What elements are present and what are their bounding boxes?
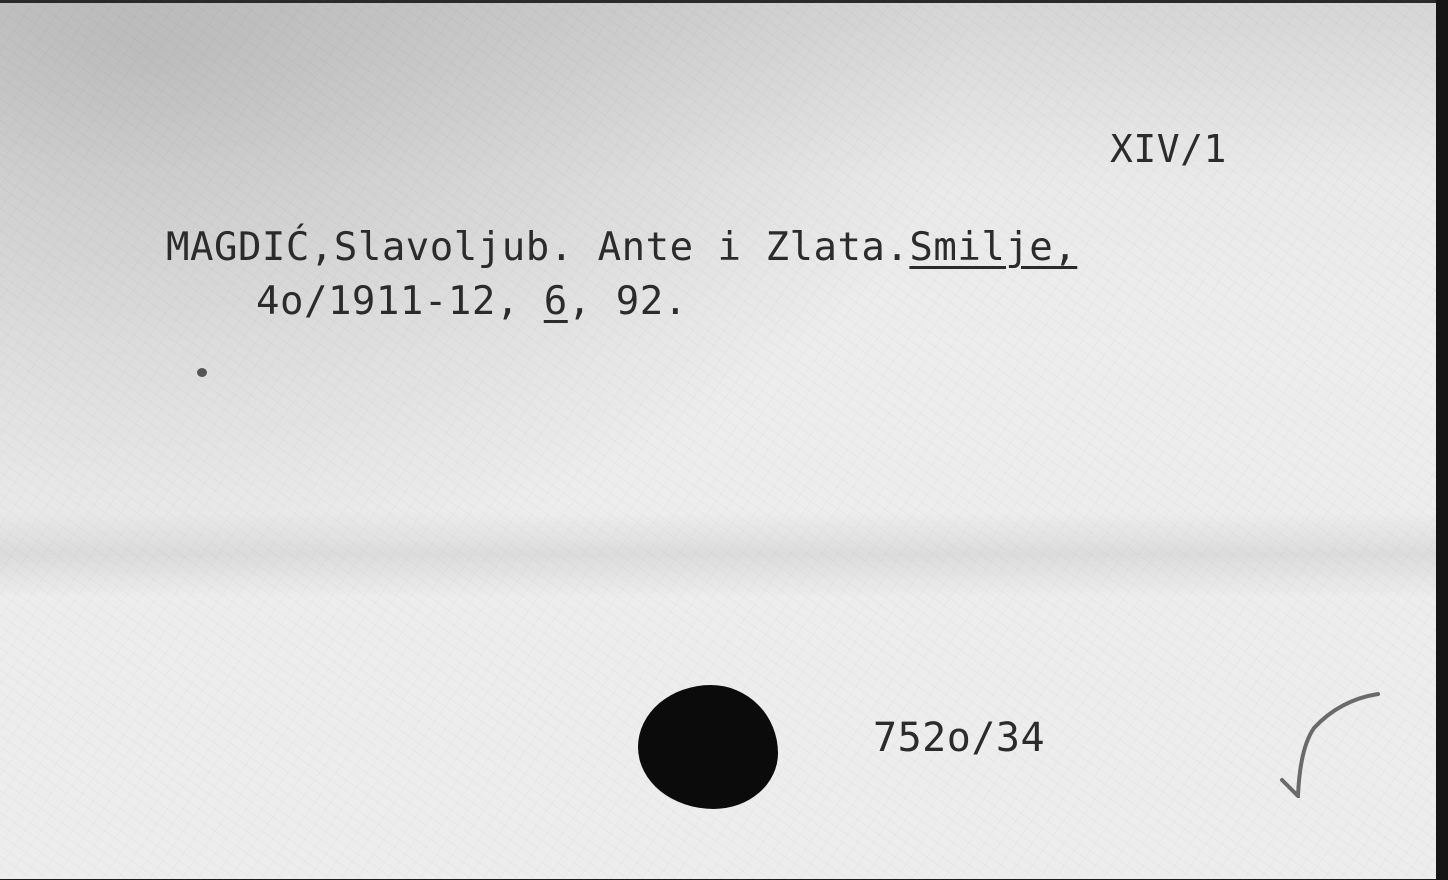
- check-mark-icon: [1270, 688, 1390, 798]
- page-number: , 92.: [568, 279, 688, 324]
- catalog-card: XIV/1 MAGDIĆ,Slavoljub. Ante i Zlata.Smi…: [0, 0, 1436, 879]
- issue-number: 6: [544, 279, 568, 324]
- classmark: XIV/1: [1110, 127, 1227, 171]
- accession-number: 752o/34: [873, 715, 1045, 761]
- entry-line-2: 4o/1911-12, 6, 92.: [256, 279, 688, 324]
- punch-hole: [638, 685, 778, 809]
- author: MAGDIĆ,Slavoljub.: [166, 225, 574, 270]
- source-title: Smilje,: [909, 225, 1077, 270]
- title: Ante i Zlata.: [574, 225, 910, 270]
- ink-speck: [197, 368, 207, 377]
- card-edge-shadow: [1436, 0, 1448, 880]
- entry-line-1: MAGDIĆ,Slavoljub. Ante i Zlata.Smilje,: [166, 225, 1077, 270]
- volume-year: 4o/1911-12,: [256, 279, 544, 324]
